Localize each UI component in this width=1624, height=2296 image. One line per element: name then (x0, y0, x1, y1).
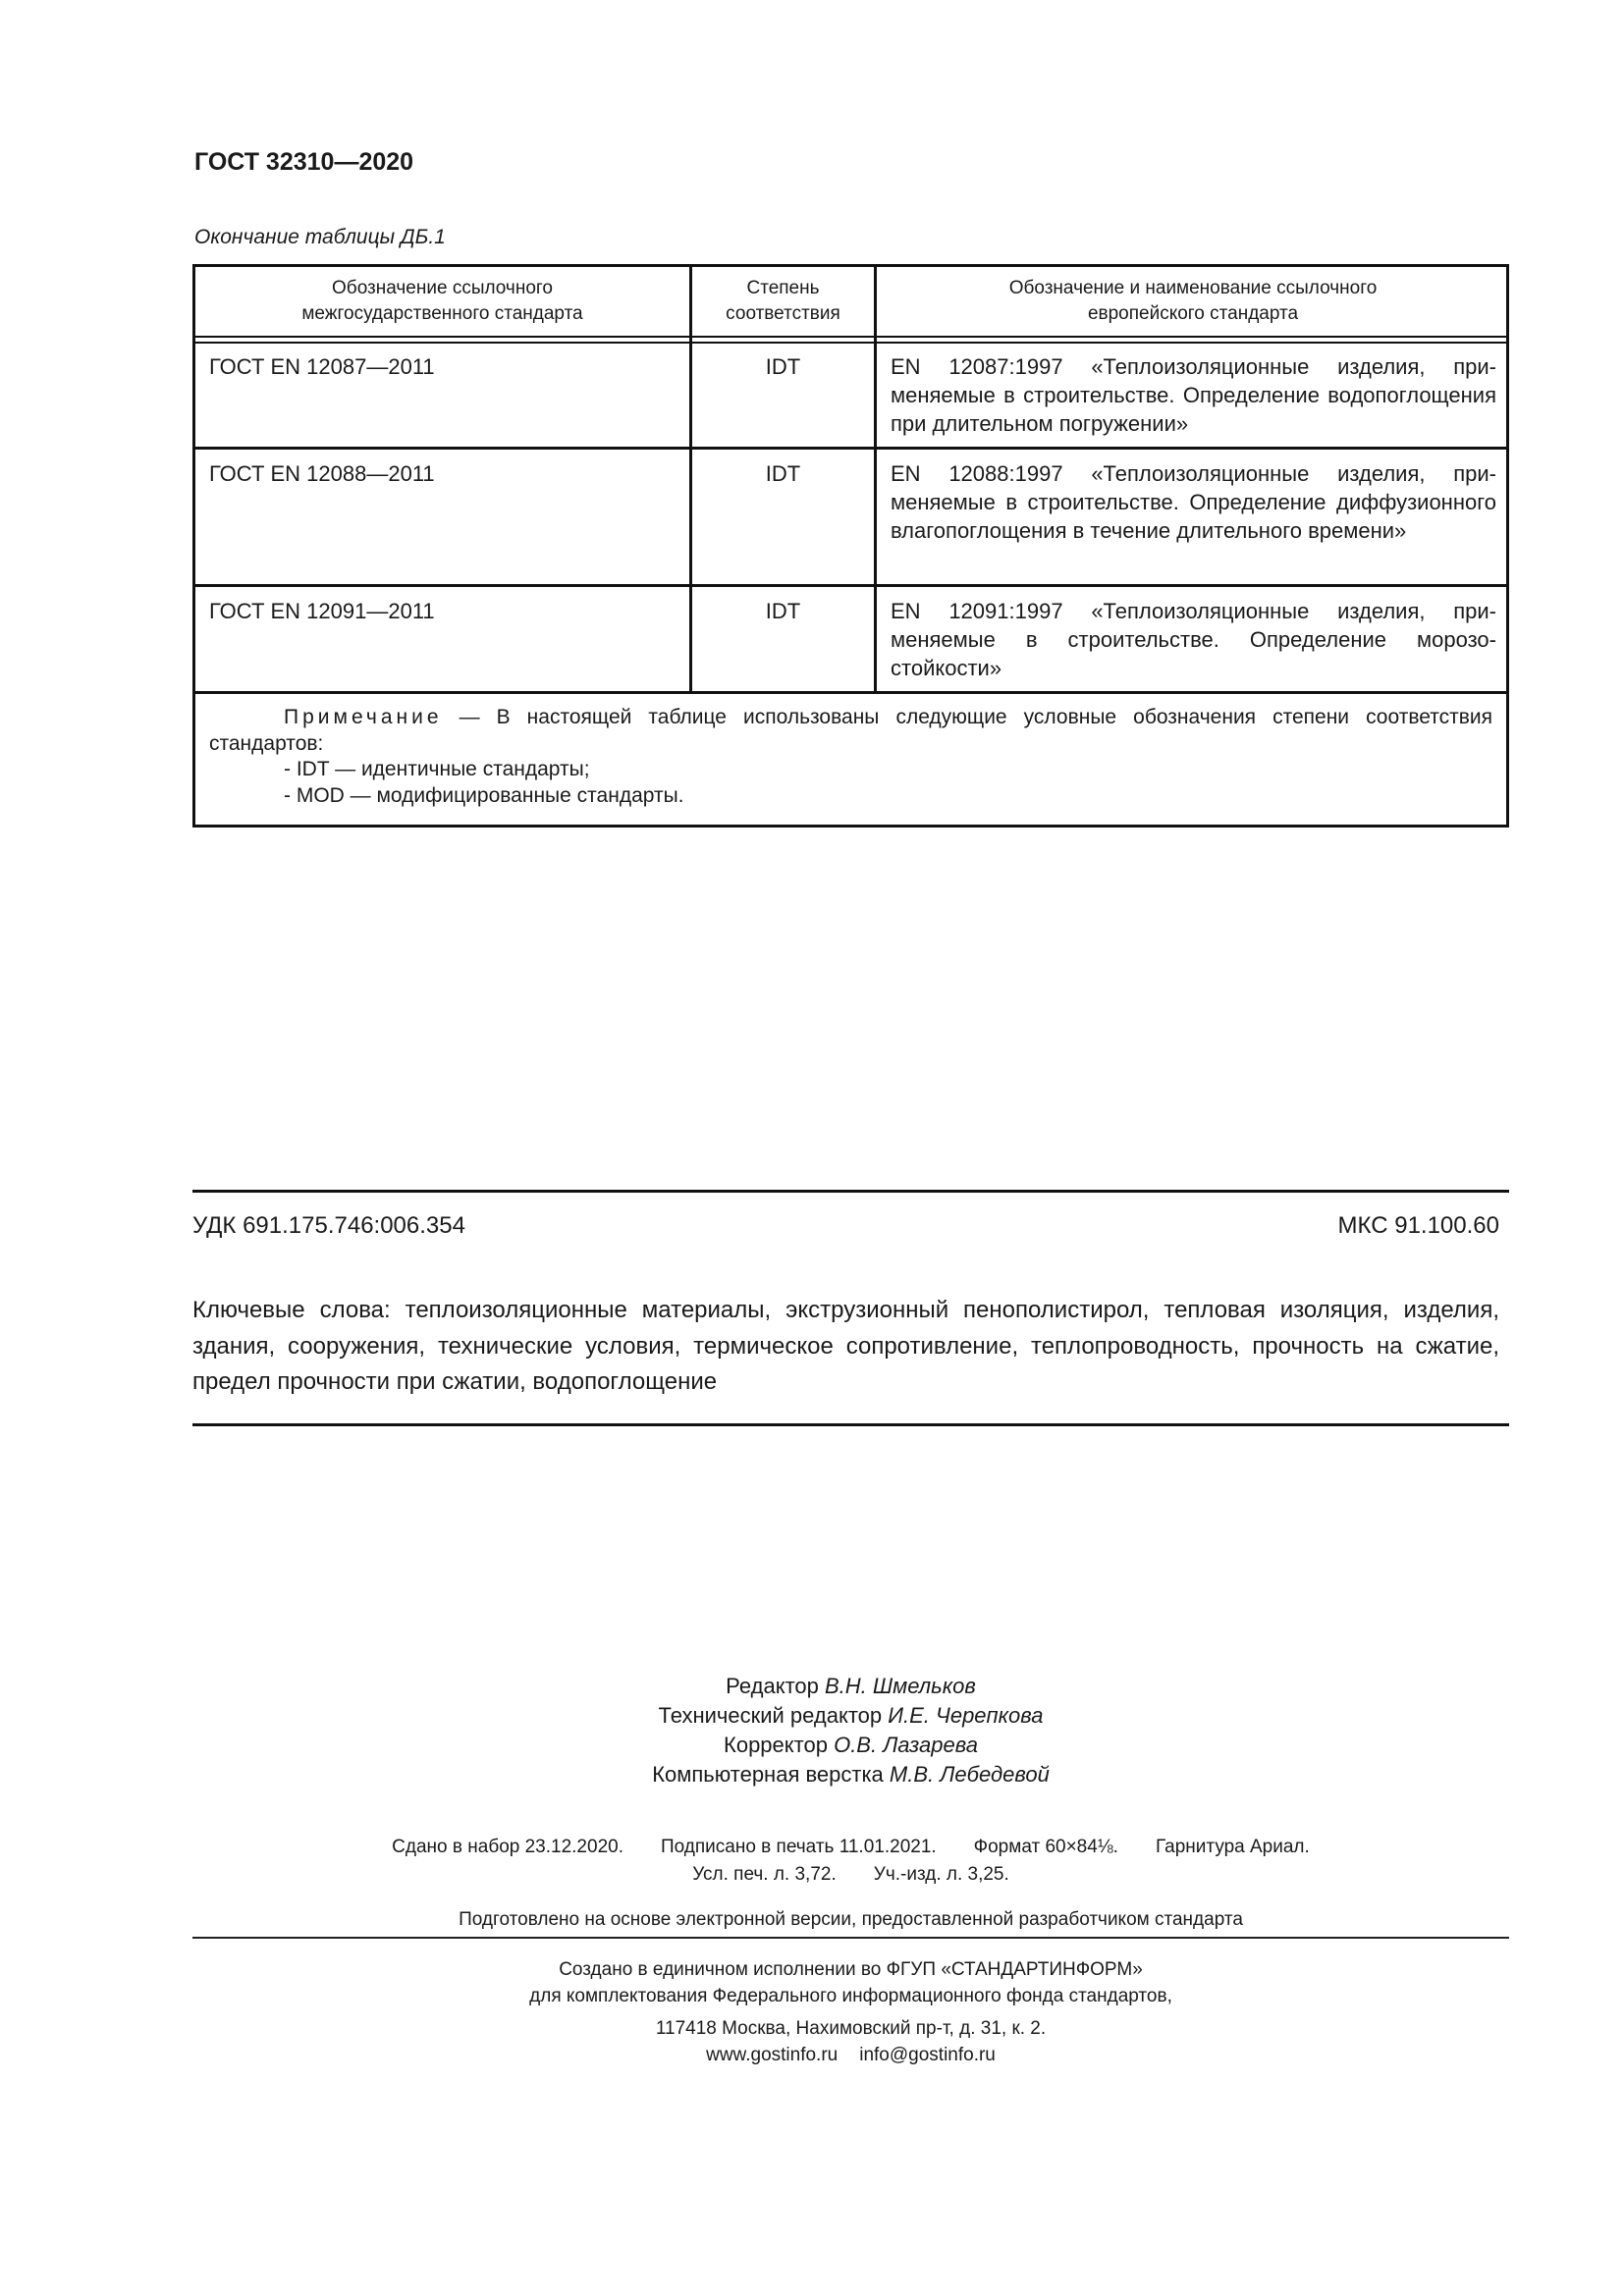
paper-format: Формат 60×84⅛. (974, 1837, 1118, 1857)
row-divider (195, 691, 1506, 694)
header-divider (195, 336, 1506, 338)
udc-code: УДК 691.175.746:006.354 (192, 1211, 465, 1241)
credit-role: Корректор (724, 1733, 828, 1757)
credit-layout: Компьютерная верстка М.В. Лебедевой (192, 1760, 1509, 1789)
divider-rule (192, 1423, 1509, 1426)
table-row-3-interstate: ГОСТ EN 12091—2011 (209, 597, 435, 625)
table-row-2-degree: IDT (692, 459, 874, 488)
row-divider (195, 584, 1506, 587)
publisher-address: 117418 Москва, Нахимовский пр-т, д. 31, … (192, 2015, 1509, 2042)
table-caption: Окончание таблицы ДБ.1 (194, 224, 446, 251)
header-line: европейского стандарта (877, 301, 1509, 327)
credit-name: В.Н. Шмельков (825, 1674, 976, 1698)
table-row-2-european: EN 12088:1997 «Теплоизоляционные изделия… (891, 459, 1496, 545)
keywords: Ключевые слова: теплоизоляционные матери… (192, 1293, 1499, 1401)
reference-standards-table: Обозначение ссылочного межгосударственно… (192, 264, 1509, 828)
publisher-info: Создано в единичном исполнении во ФГУП «… (192, 1956, 1509, 2068)
publisher-line-2: для комплектования Федерального информац… (192, 1983, 1509, 2009)
credit-name: И.Е. Черепкова (888, 1703, 1043, 1728)
header-line: межгосударственного стандарта (195, 301, 689, 327)
publisher-sheets: Уч.-изд. л. 3,25. (874, 1864, 1009, 1885)
header-divider (195, 342, 1506, 344)
note-item-idt: - IDT — идентичные стандарты; (209, 757, 1492, 783)
table-row-1-interstate: ГОСТ EN 12087—2011 (209, 352, 435, 381)
column-divider (874, 267, 877, 691)
table-row-3-degree: IDT (692, 597, 874, 625)
credit-proofreader: Корректор О.В. Лазарева (192, 1731, 1509, 1760)
credit-tech-editor: Технический редактор И.Е. Черепкова (192, 1701, 1509, 1731)
column-header-degree: Степень соответствия (692, 276, 874, 327)
imprint: Сдано в набор 23.12.2020.Подписано в печ… (192, 1834, 1509, 1889)
divider-rule (192, 1190, 1509, 1193)
header-line: Обозначение ссылочного (195, 276, 689, 301)
row-divider (195, 447, 1506, 450)
credit-role: Редактор (726, 1674, 819, 1698)
table-row-2-interstate: ГОСТ EN 12088—2011 (209, 459, 435, 488)
header-line: Обозначение и наименование ссылочного (877, 276, 1509, 301)
credit-role: Компьютерная верстка (652, 1762, 884, 1787)
imprint-line-1: Сдано в набор 23.12.2020.Подписано в печ… (192, 1834, 1509, 1861)
submitted-date: Сдано в набор 23.12.2020. (392, 1837, 623, 1857)
column-header-interstate: Обозначение ссылочного межгосударственно… (195, 276, 689, 327)
header-line: Степень (692, 276, 874, 301)
note-item-mod: - MOD — модифицированные стандарты. (209, 783, 1492, 810)
credit-role: Технический редактор (659, 1703, 883, 1728)
document-number: ГОСТ 32310—2020 (194, 147, 413, 177)
header-line: соответствия (692, 301, 874, 327)
signed-date: Подписано в печать 11.01.2021. (661, 1837, 937, 1857)
website-link[interactable]: www.gostinfo.ru (706, 2045, 838, 2065)
credits: Редактор В.Н. Шмельков Технический редак… (192, 1672, 1509, 1789)
credit-name: О.В. Лазарева (834, 1733, 978, 1757)
publisher-line-1: Создано в единичном исполнении во ФГУП «… (192, 1956, 1509, 1983)
print-sheets: Усл. печ. л. 3,72. (692, 1864, 837, 1885)
typeface: Гарнитура Ариал. (1156, 1837, 1310, 1857)
publisher-contacts: www.gostinfo.ruinfo@gostinfo.ru (192, 2042, 1509, 2068)
imprint-line-2: Усл. печ. л. 3,72.Уч.-изд. л. 3,25. (192, 1861, 1509, 1889)
note-label: Примечание (284, 706, 443, 728)
ics-code: МКС 91.100.60 (1338, 1211, 1499, 1241)
email-link[interactable]: info@gostinfo.ru (859, 2045, 996, 2065)
table-row-1-european: EN 12087:1997 «Теплоизоляционные изделия… (891, 352, 1496, 438)
divider-rule-thin (192, 1937, 1509, 1939)
prepared-note: Подготовлено на основе электронной верси… (192, 1907, 1509, 1933)
table-row-1-degree: IDT (692, 352, 874, 381)
credit-editor: Редактор В.Н. Шмельков (192, 1672, 1509, 1701)
column-header-european: Обозначение и наименование ссылочного ев… (877, 276, 1509, 327)
table-note: Примечание — В настоящей таблице использ… (209, 705, 1492, 809)
table-row-3-european: EN 12091:1997 «Теплоизоляционные изделия… (891, 597, 1496, 682)
credit-name: М.В. Лебедевой (890, 1762, 1050, 1787)
